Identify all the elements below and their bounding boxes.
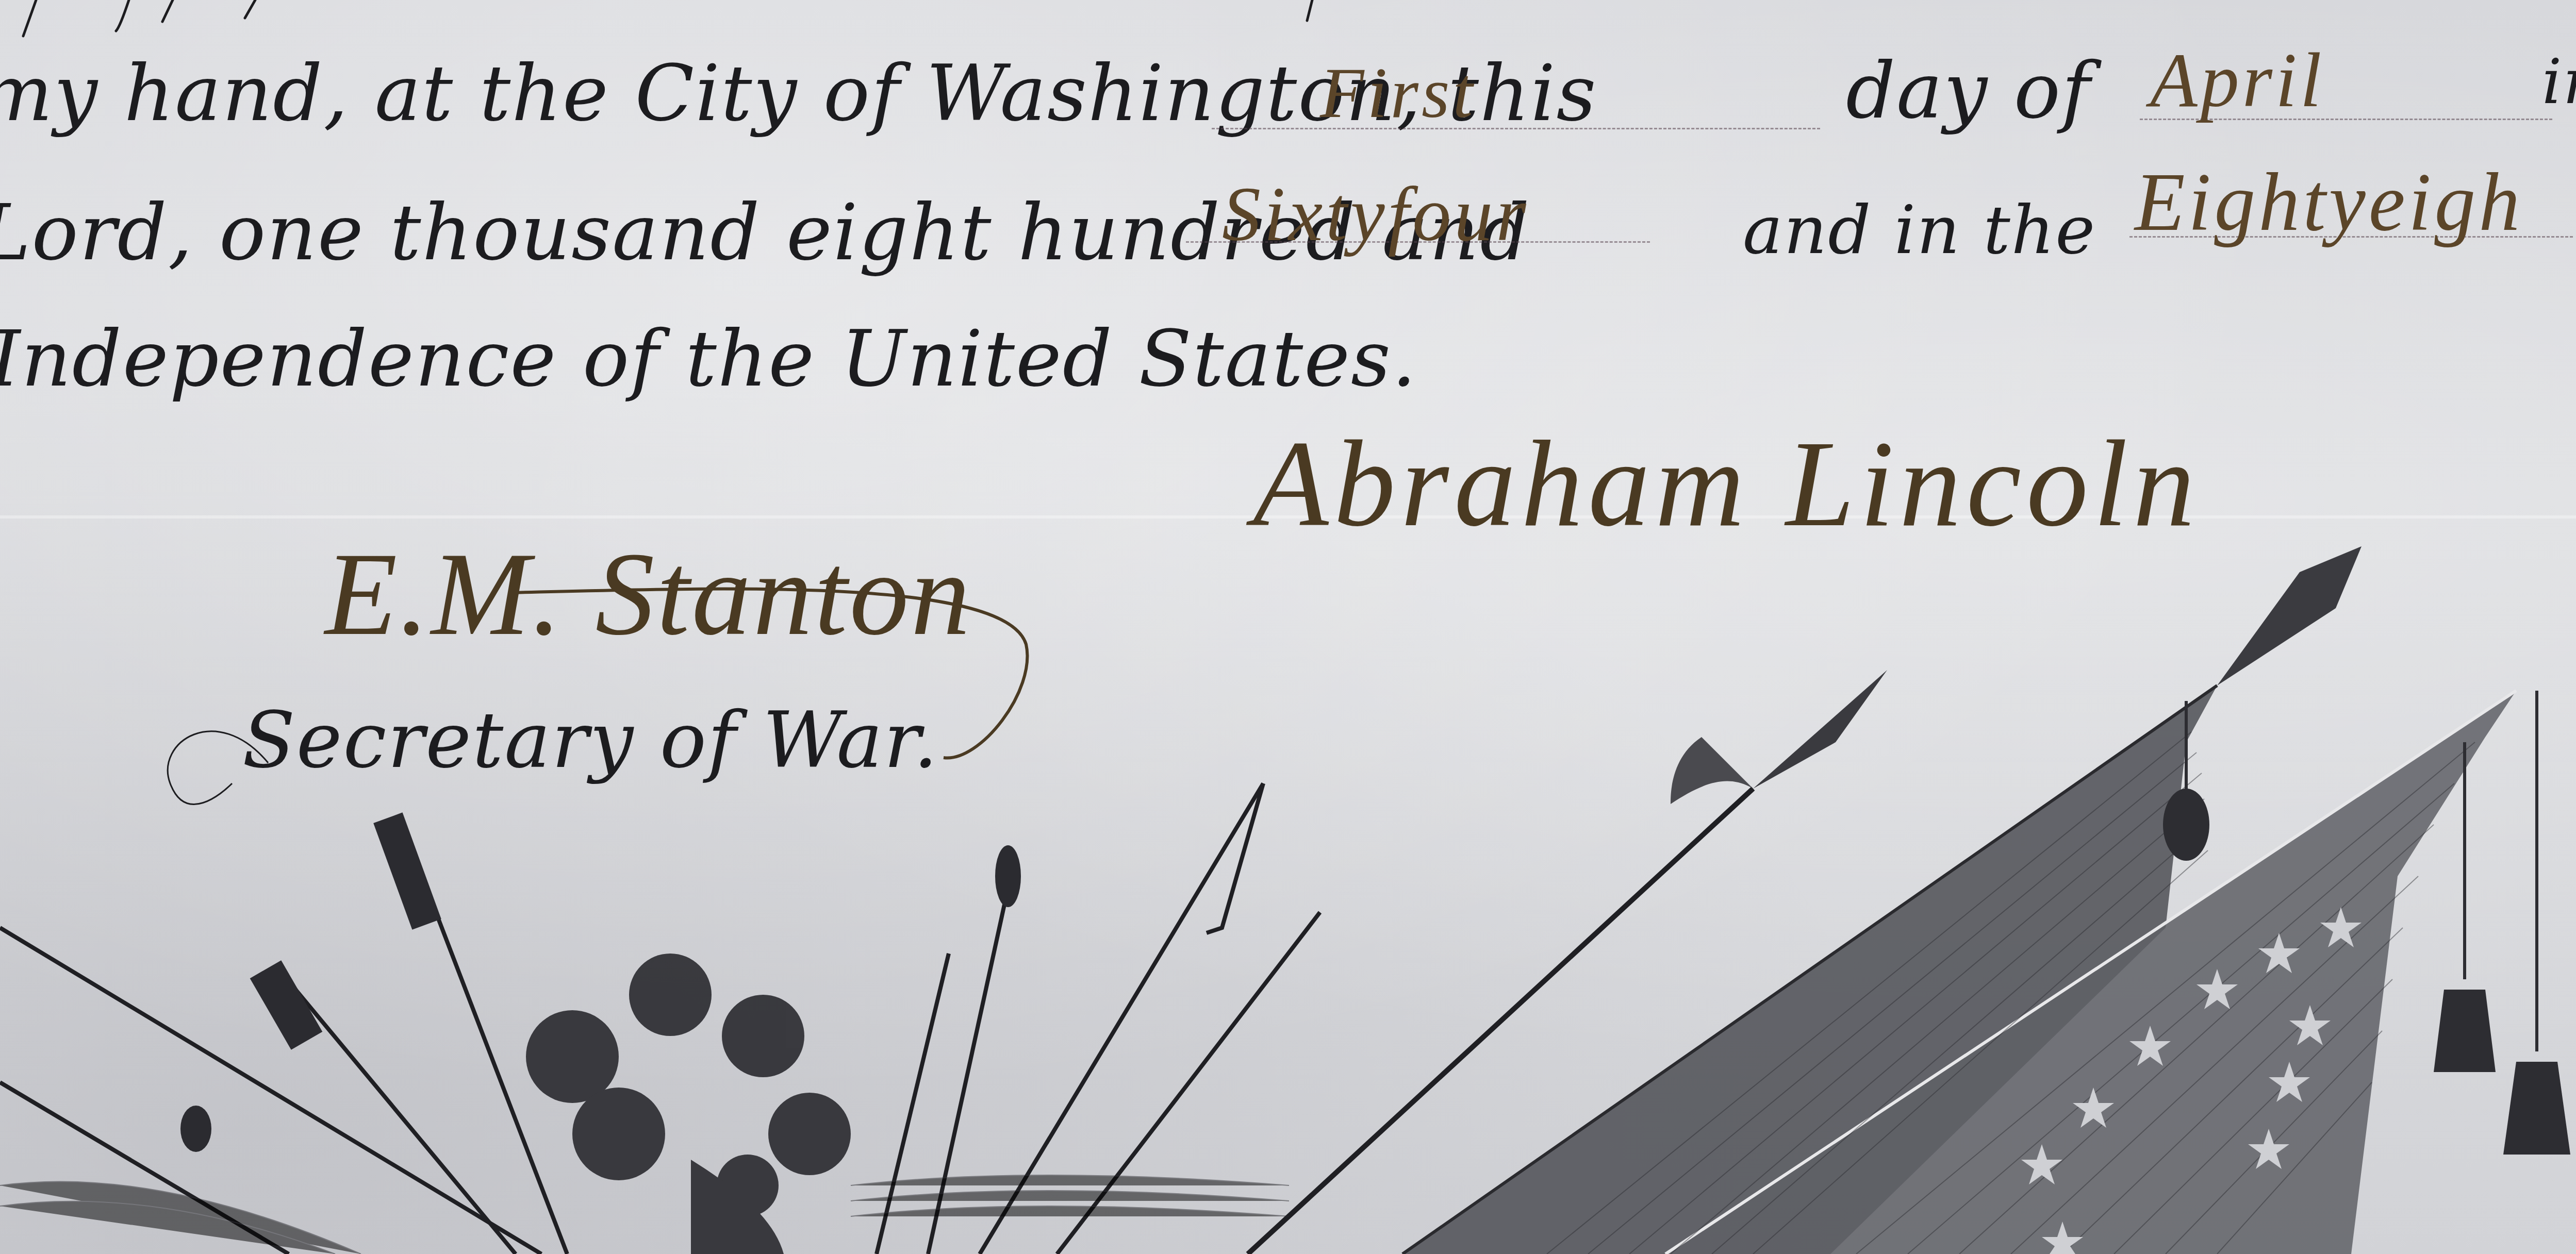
bayonet bbox=[1207, 783, 1263, 933]
finial bbox=[995, 845, 1021, 907]
printed-and-in-the: and in the bbox=[1743, 191, 2096, 269]
secretary-of-war-title: Secretary of War. bbox=[242, 696, 939, 785]
plumed-helmet bbox=[526, 954, 851, 1254]
day-field-rule bbox=[1212, 128, 1820, 129]
printed-line-3: Independence of the United States. bbox=[0, 314, 1417, 404]
printed-month-trailing: in bbox=[2542, 46, 2576, 118]
handwritten-day: First bbox=[1320, 52, 1476, 135]
engraved-base-hatching bbox=[0, 1175, 1289, 1254]
signature-stanton: E.M. Stanton bbox=[325, 526, 972, 662]
handwritten-month: April bbox=[2150, 36, 2324, 125]
handwritten-year: Sixtyfour bbox=[1222, 170, 1529, 259]
rammer-heads bbox=[180, 812, 441, 1152]
top-line-descenders bbox=[23, 0, 1312, 36]
flag-group bbox=[1402, 546, 2570, 1254]
signature-lincoln: Abraham Lincoln bbox=[1253, 412, 2200, 555]
handwritten-independence-year: Eightyeigh bbox=[2135, 155, 2523, 250]
spear-tip bbox=[2217, 546, 2362, 685]
printed-day-of: day of bbox=[1846, 46, 2091, 136]
